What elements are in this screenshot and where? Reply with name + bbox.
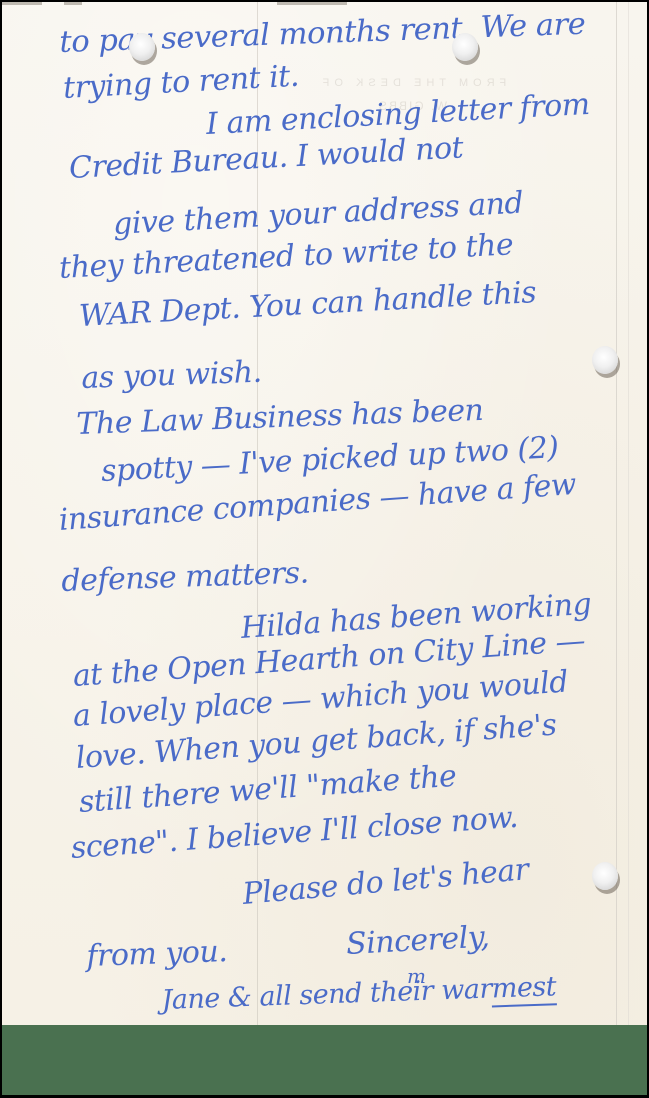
punch-hole [592,862,618,890]
page-edge-line [628,2,629,1025]
punch-hole [452,33,478,61]
handwritten-line: The Law Business has been [76,396,484,440]
handwritten-line: Please do let's hear [241,855,529,910]
underlined-word: mest [491,971,556,1007]
handwritten-line: Jane & all send their warmest [161,973,556,1014]
handwritten-line: trying to rent it. [62,62,299,104]
top-edge-marks [2,2,647,6]
letterhead-line: FROM THE DESK OF [318,77,507,89]
handwritten-line: Credit Bureau. I would not [68,133,463,184]
signature-closing: Sincerely, [345,923,490,960]
punch-hole [592,346,618,374]
handwritten-line: as you wish. [81,358,262,394]
footer-band [2,1025,647,1095]
handwritten-line: WAR Dept. You can handle this [78,278,536,332]
letter-page: FROM THE DESK OF W. GIBBS to pay several… [2,2,647,1025]
handwritten-line: defense matters. [61,558,309,597]
handwritten-line: from you. [86,937,228,972]
handwritten-line: I am enclosing letter from [205,90,590,140]
punch-hole [129,33,155,61]
handwritten-text: Jane & all send their war [161,973,492,1016]
